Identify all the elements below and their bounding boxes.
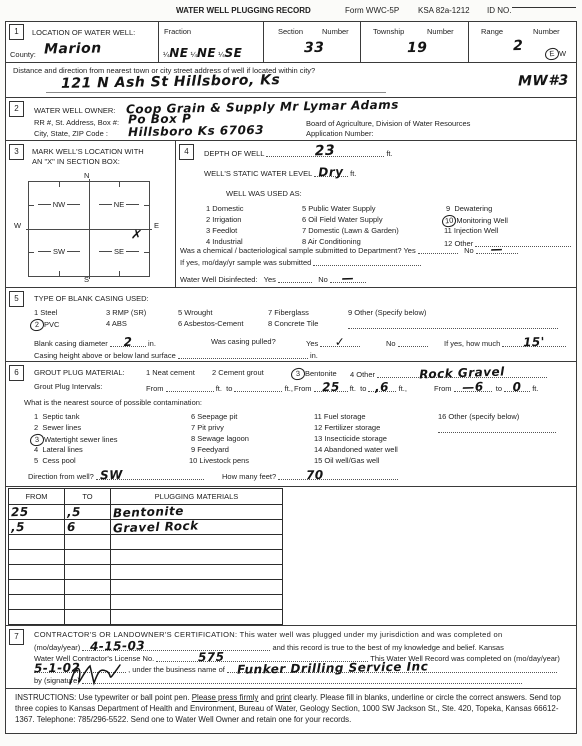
ft-label: ft., [399, 384, 407, 393]
nw-quadrant: NW [29, 200, 89, 209]
direction-line: Direction from well? SW [28, 470, 204, 481]
in-label: in. [310, 351, 318, 360]
section-label: Section [278, 27, 303, 36]
signature-scribble [64, 658, 134, 688]
pulled-yes: Yes ✓ [306, 337, 360, 348]
section-6-grout: 6 GROUT PLUG MATERIAL: 1 Neat cement 2 C… [5, 361, 577, 487]
business-label: , under the business name of [128, 665, 225, 674]
contam-2-label: Sewer lines [42, 423, 81, 432]
static-fill-line: Dry [314, 167, 348, 177]
pulled-yes-fill-line: ✓ [320, 337, 360, 347]
use-9-label: Dewatering [454, 204, 492, 213]
from-label: From [146, 384, 164, 393]
plugging-record-form: 1 LOCATION OF WATER WELL: County: Marion… [5, 22, 577, 734]
location-label: LOCATION OF WATER WELL: [32, 28, 135, 37]
row-from: ,5 [11, 520, 25, 534]
use-11-label: Injection Well [454, 226, 498, 235]
interval-1-to-fill [234, 382, 282, 392]
form-number: Form WWC-5P [345, 6, 399, 15]
contamination-label: What is the nearest source of possible c… [24, 398, 202, 407]
instructions-underlined-1: Please press firmly [192, 693, 259, 702]
ft-label: ft. [386, 149, 392, 158]
instructions-text: and [258, 693, 276, 702]
depth-line: DEPTH OF WELL 23 ft. [204, 147, 393, 158]
table-row [9, 535, 283, 550]
feet-fill-line: 70 [278, 470, 398, 480]
section-4-well-info: 4 DEPTH OF WELL 23 ft. WELL'S STATIC WAT… [176, 141, 576, 287]
form-title: WATER WELL PLUGGING RECORD [176, 6, 311, 15]
grout-other-value: Rock Gravel [419, 365, 505, 382]
well-id-note: MW#3 [518, 73, 569, 90]
contam-5-label: Cess pool [42, 456, 75, 465]
table-row: 25,5Bentonite [9, 505, 283, 520]
use-domestic-lawn: 7 Domestic (Lawn & Garden) [302, 226, 399, 235]
if-yes-line: If yes, mo/day/yr sample was submitted [180, 256, 421, 267]
pulled-no-fill-line [398, 337, 428, 347]
contam-3-label: Watertight sewer lines [44, 435, 118, 444]
static-level-line: WELL'S STATIC WATER LEVEL Dry ft. [204, 167, 356, 178]
use-9-num: 9 [446, 204, 450, 213]
if-yes-fill-line [313, 256, 421, 266]
range-label: Range [481, 27, 503, 36]
contam-1-label: Septic tank [42, 412, 79, 421]
nw-label: NW [53, 200, 66, 209]
grout-neat-cement: 1 Neat cement [146, 368, 195, 377]
tick [59, 182, 60, 187]
contam-4-num: 4 [34, 445, 38, 454]
east-label: E [154, 221, 159, 230]
contam-oil-gas-well: 15 Oil well/Gas well [314, 456, 379, 465]
ft-label: ft. [532, 384, 538, 393]
township-cell: Township Number 19 [361, 22, 469, 62]
disinfected-no-mark: — [341, 271, 354, 285]
casing-pvc: 2PVC [30, 319, 59, 331]
se-quadrant: SE [89, 247, 149, 256]
fraction-1: NE [169, 46, 188, 60]
no-label: No [318, 275, 328, 284]
casing-height-line: Casing height above or below land surfac… [34, 349, 318, 360]
section-6-number-box: 6 [9, 365, 24, 381]
yes-label: Yes [306, 339, 318, 348]
contam-insecticide: 13 Insecticide storage [314, 434, 387, 443]
contam-feedyard: 9 Feedyard [191, 445, 229, 454]
disinfected-label: Water Well Disinfected: [180, 275, 258, 284]
how-much-line: If yes, how much 15' [444, 337, 566, 348]
board-line: Board of Agriculture, Division of Water … [306, 119, 470, 128]
certification-text-2: and this record is true to the best of m… [272, 643, 503, 652]
use-10-label: Monitoring Well [456, 216, 508, 225]
contam-septic: 1 Septic tank [34, 412, 79, 421]
section-5-casing: 5 TYPE OF BLANK CASING USED: 1 Steel 3 R… [5, 287, 577, 362]
township-value: 19 [407, 40, 428, 56]
ne-quadrant: NE [89, 200, 149, 209]
plugging-table-row: FROM TO PLUGGING MATERIALS 25,5Bentonite… [5, 486, 577, 626]
county-value: Marion [44, 40, 102, 57]
depth-fill-line: 23 [266, 147, 384, 157]
interval-2: From 25 ft. to ,6 ft., [294, 382, 407, 393]
sw-label: SW [53, 247, 65, 256]
interval-2-from: 25 [322, 380, 340, 395]
owner-label: WATER WELL OWNER: [34, 106, 115, 115]
contam-2-num: 2 [34, 423, 38, 432]
depth-value: 23 [315, 143, 336, 160]
section-location-grid: N S W E NW NE SW [6, 169, 176, 287]
to-label: to [226, 384, 232, 393]
distance-row: Distance and direction from nearest town… [5, 62, 577, 98]
city-value: Hillsboro Ks 67063 [128, 123, 264, 139]
address-label: RR #, St. Address, Box #: [34, 118, 119, 127]
contam-1-num: 1 [34, 412, 38, 421]
se-label: SE [114, 247, 124, 256]
instructions-underlined-2: print [276, 693, 291, 702]
col-to: TO [65, 489, 111, 505]
certification-text-1: CONTRACTOR'S OR LANDOWNER'S CERTIFICATIO… [34, 630, 574, 639]
diameter-line: Blank casing diameter 2 in. [34, 337, 156, 348]
interval-3-to-fill: 0 [504, 382, 530, 392]
grout-other-fill-line: Rock Gravel [377, 368, 547, 378]
used-as-label: WELL WAS USED AS: [226, 189, 302, 198]
row-material: Gravel Rock [113, 519, 199, 536]
ft-label: ft. [350, 384, 356, 393]
table-row [9, 580, 283, 595]
east-circled: E [545, 47, 560, 60]
number-label: Number [533, 27, 560, 36]
depth-label: DEPTH OF WELL [204, 149, 264, 158]
contam-other-fill-line [438, 423, 556, 433]
static-level-label: WELL'S STATIC WATER LEVEL [204, 169, 312, 178]
chem-no-fill-line: — [476, 244, 518, 254]
use-oil-field: 6 Oil Field Water Supply [302, 215, 383, 224]
contam-pit-privy: 7 Pit privy [191, 423, 224, 432]
instructions-text: INSTRUCTIONS: Use typewriter or ball poi… [15, 693, 192, 702]
section-3-mark-location: 3 MARK WELL'S LOCATION WITH AN "X" IN SE… [6, 141, 176, 287]
id-no-fill-line [512, 6, 576, 8]
casing-rmp: 3 RMP (SR) [106, 308, 146, 317]
section-4-number-box: 4 [179, 144, 194, 160]
number-label: Number [427, 27, 454, 36]
county-label: County: [10, 50, 36, 59]
fraction-3: SE [224, 46, 242, 60]
ft-label: ft. [216, 384, 222, 393]
disinfected-no-fill-line: — [330, 273, 366, 283]
county-cell: 1 LOCATION OF WATER WELL: County: Marion [6, 22, 159, 62]
township-label: Township [373, 27, 404, 36]
casing-abs: 4 ABS [106, 319, 127, 328]
pulled-no: No [386, 337, 428, 348]
table-row [9, 610, 283, 625]
table-row [9, 595, 283, 610]
grout-other-label: 4 Other [350, 370, 375, 379]
disinfected-yes-fill-line [278, 273, 312, 283]
contam-5-num: 5 [34, 456, 38, 465]
chem-no-mark: — [490, 242, 503, 256]
certification-date-line: (mo/day/year) 4-15-03 and this record is… [34, 641, 504, 652]
grout-other: 4 Other Rock Gravel [350, 368, 547, 379]
interval-2-to: ,6 [375, 380, 389, 394]
if-yes-label: If yes, mo/day/yr sample was submitted [180, 258, 311, 267]
row-from: 25 [11, 505, 29, 520]
diameter-value: 2 [123, 335, 132, 349]
contam-other: 16 Other (specify below) [438, 412, 519, 421]
business-fill-line: Funker Drilling Service Inc [227, 663, 557, 673]
section-value: 33 [304, 40, 325, 56]
row-to: ,5 [67, 505, 81, 519]
interval-3-to: 0 [512, 380, 521, 394]
ft-label: ft. [350, 169, 356, 178]
grout-title: GROUT PLUG MATERIAL: [34, 368, 125, 377]
how-much-label: If yes, how much [444, 339, 500, 348]
casing-steel: 1 Steel [34, 308, 57, 317]
use-dewatering: 9 Dewatering [446, 204, 492, 213]
interval-3: From —6 to 0 ft. [434, 382, 538, 393]
contam-sewage-lagoon: 8 Sewage lagoon [191, 434, 249, 443]
range-value: 2 [513, 38, 524, 54]
row-material: Bentonite [113, 504, 184, 520]
casing-concrete: 8 Concrete Tile [268, 319, 318, 328]
fraction-label: Fraction [164, 27, 191, 36]
section-1-number-box: 1 [9, 24, 24, 40]
range-cell: Range Number 2 EW [469, 22, 576, 62]
col-materials: PLUGGING MATERIALS [111, 489, 283, 505]
chem-yes-fill-line [418, 244, 458, 254]
section-7-certification: 7 CONTRACTOR'S OR LANDOWNER'S CERTIFICAT… [5, 625, 577, 689]
fraction-2: NE [197, 46, 216, 60]
pulled-yes-mark: ✓ [335, 335, 346, 349]
date-label: (mo/day/year) [34, 643, 80, 652]
tick [119, 271, 120, 276]
use-feedlot: 3 Feedlot [206, 226, 237, 235]
use-injection-well: 11 Injection Well [444, 226, 498, 235]
sw-quadrant: SW [29, 247, 89, 256]
row-to: 6 [67, 520, 76, 534]
direction-value: SW [100, 468, 123, 482]
ne-label: NE [114, 200, 124, 209]
use-11-num: 11 [444, 226, 452, 235]
direction-fill-line: SW [96, 470, 204, 480]
range-east-west: EW [545, 48, 566, 60]
no-label: No [464, 246, 474, 255]
how-much-fill-line: 15' [502, 337, 566, 347]
diameter-label: Blank casing diameter [34, 339, 108, 348]
from-label: From [434, 384, 452, 393]
grout-bentonite: 3Bentonite [291, 368, 337, 380]
well-x-mark: ✗ [130, 227, 143, 243]
table-row [9, 565, 283, 580]
section-3-4-row: 3 MARK WELL'S LOCATION WITH AN "X" IN SE… [5, 140, 577, 288]
table-row [9, 550, 283, 565]
contam-abandoned-well: 14 Abandoned water well [314, 445, 398, 454]
use-irrigation: 2 Irrigation [206, 215, 241, 224]
contam-seepage: 6 Seepage pit [191, 412, 237, 421]
casing-other-fill-line [348, 319, 558, 329]
interval-1-from-fill [166, 382, 214, 392]
casing-other: 9 Other (Specify below) [348, 308, 426, 317]
yes-label: Yes [264, 275, 276, 284]
section-2-number-box: 2 [9, 101, 24, 117]
grout-3-num-circled: 3 [291, 367, 306, 380]
from-label: From [294, 384, 312, 393]
section-7-number-box: 7 [9, 629, 24, 645]
to-label: to [360, 384, 366, 393]
id-no-label: ID NO. [487, 6, 511, 15]
signature-fill-line [82, 674, 522, 684]
no-label: No [386, 339, 396, 348]
section-2-owner: 2 WATER WELL OWNER: Coop Grain & Supply … [5, 97, 577, 141]
section-square: NW NE SW SE ✗ [28, 181, 150, 277]
in-label: in. [148, 339, 156, 348]
disinfected-line: Water Well Disinfected: Yes No — [180, 273, 366, 284]
casing-fiberglass: 7 Fiberglass [268, 308, 309, 317]
mark-label-1: MARK WELL'S LOCATION WITH [32, 147, 144, 156]
casing-title: TYPE OF BLANK CASING USED: [34, 294, 149, 303]
feet-line: How many feet? 70 [222, 470, 398, 481]
interval-1: From ft. to ft., [146, 382, 293, 393]
yes-label: Yes [403, 246, 415, 255]
statute-ref: KSA 82a-1212 [418, 6, 470, 15]
fraction-cell: Fraction ¼NE ¼NE ¼SE [159, 22, 264, 62]
section-1-location: 1 LOCATION OF WATER WELL: County: Marion… [5, 21, 577, 63]
instructions-block: INSTRUCTIONS: Use typewriter or ball poi… [5, 688, 577, 734]
chem-sample-label: Was a chemical / bacteriological sample … [180, 246, 402, 255]
casing-pvc-label: PVC [44, 320, 59, 329]
fraction-value: ¼NE ¼NE ¼SE [163, 46, 242, 60]
interval-3-from-fill: —6 [454, 382, 492, 392]
interval-2-to-fill: ,6 [368, 382, 396, 392]
diameter-fill-line: 2 [110, 337, 146, 347]
col-from: FROM [9, 489, 65, 505]
contam-fuel: 11 Fuel storage [314, 412, 366, 421]
table-row: ,56Gravel Rock [9, 520, 283, 535]
mark-label-2: AN "X" IN SECTION BOX: [32, 157, 120, 166]
casing-asbestos: 6 Asbestos-Cement [178, 319, 243, 328]
feet-label: How many feet? [222, 472, 276, 481]
how-much-value: 15' [523, 335, 545, 350]
date1-fill-line: 4-15-03 [82, 641, 270, 651]
contam-fertilizer: 12 Fertilizer storage [314, 423, 380, 432]
number-label: Number [322, 27, 349, 36]
application-number-label: Application Number: [306, 129, 374, 138]
west-label: W [559, 49, 566, 58]
grout-cement-grout: 2 Cement grout [212, 368, 264, 377]
feet-value: 70 [306, 468, 324, 482]
static-value: Dry [318, 165, 344, 180]
tick [59, 271, 60, 276]
west-label: W [14, 221, 21, 230]
section-3-number-box: 3 [9, 144, 24, 160]
city-label: City, State, ZIP Code : [34, 129, 108, 138]
casing-wrought: 5 Wrought [178, 308, 212, 317]
casing-height-fill-line [178, 349, 308, 359]
contam-livestock: 10 Livestock pens [189, 456, 249, 465]
tick [119, 182, 120, 187]
intervals-label: Grout Plug Intervals: [34, 382, 102, 391]
contam-cess-pool: 5 Cess pool [34, 456, 76, 465]
pulled-label: Was casing pulled? [211, 337, 276, 346]
use-domestic: 1 Domestic [206, 204, 244, 213]
section-5-number-box: 5 [9, 291, 24, 307]
casing-2-num-circled: 2 [30, 318, 45, 331]
casing-height-label: Casing height above or below land surfac… [34, 351, 176, 360]
contam-sewer: 2 Sewer lines [34, 423, 81, 432]
to-label: to [496, 384, 502, 393]
interval-2-from-fill: 25 [314, 382, 348, 392]
plugging-table: FROM TO PLUGGING MATERIALS 25,5Bentonite… [8, 488, 283, 625]
section-number-cell: Section Number 33 [264, 22, 361, 62]
contam-lateral: 4 Lateral lines [34, 445, 83, 454]
direction-label: Direction from well? [28, 472, 94, 481]
grout-bentonite-label: Bentonite [305, 369, 337, 378]
chem-sample-line: Was a chemical / bacteriological sample … [180, 244, 518, 255]
ft-label: ft., [285, 384, 293, 393]
contam-4-label: Lateral lines [42, 445, 82, 454]
interval-3-from: —6 [462, 380, 484, 395]
use-public-water: 5 Public Water Supply [302, 204, 376, 213]
